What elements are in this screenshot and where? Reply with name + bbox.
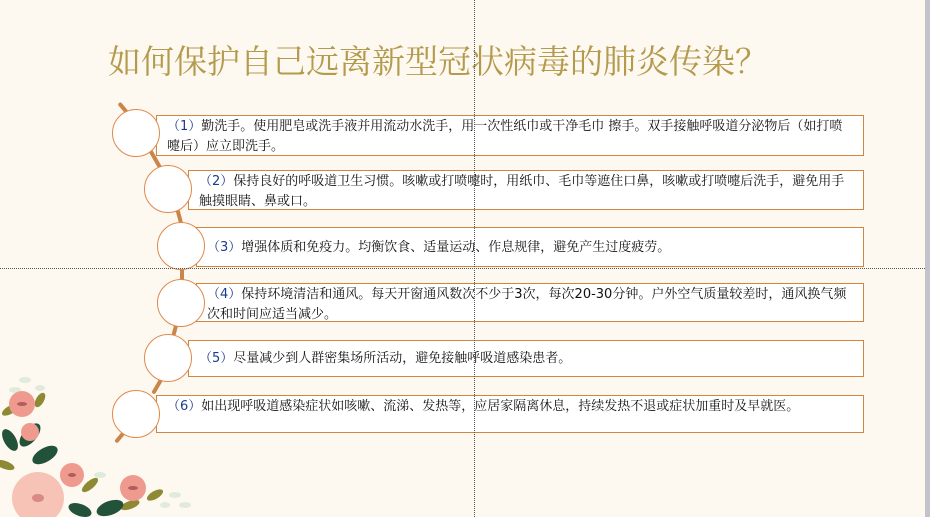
horizontal-guide-line bbox=[0, 268, 925, 269]
scrollbar[interactable] bbox=[925, 0, 930, 517]
item-text: 保持良好的呼吸道卫生习惯。咳嗽或打喷嚏时，用纸巾、毛巾等遮住口鼻，咳嗽或打喷嚏后… bbox=[199, 174, 844, 209]
vertical-guide-line bbox=[474, 0, 475, 517]
item-box-5[interactable]: （5）尽量减少到人群密集场所活动，避免接触呼吸道感染患者。 bbox=[188, 340, 864, 377]
bullet-circle bbox=[157, 279, 205, 327]
item-text: 增强体质和免疫力。均衡饮食、适量运动、作息规律，避免产生过度疲劳。 bbox=[241, 240, 670, 255]
item-box-3[interactable]: （3）增强体质和免疫力。均衡饮食、适量运动、作息规律，避免产生过度疲劳。 bbox=[196, 227, 864, 267]
item-number: （1） bbox=[167, 119, 201, 134]
item-box-1[interactable]: （1）勤洗手。使用肥皂或洗手液并用流动水洗手，用一次性纸巾或干净毛巾 擦手。双手… bbox=[156, 115, 864, 156]
bullet-circle bbox=[112, 109, 160, 157]
item-text: 如出现呼吸道感染症状如咳嗽、流涕、发热等，应居家隔离休息，持续发热不退或症状加重… bbox=[201, 399, 799, 414]
slide-canvas[interactable]: 如何保护自己远离新型冠状病毒的肺炎传染？ （1）勤洗手。使用肥皂或洗手液并用流动… bbox=[0, 0, 925, 517]
item-number: （2） bbox=[199, 174, 233, 189]
item-number: （3） bbox=[207, 240, 241, 255]
item-text: 尽量减少到人群密集场所活动，避免接触呼吸道感染患者。 bbox=[233, 351, 571, 366]
slide-title[interactable]: 如何保护自己远离新型冠状病毒的肺炎传染？ bbox=[108, 42, 768, 82]
bullet-circle bbox=[144, 165, 192, 213]
item-text: 勤洗手。使用肥皂或洗手液并用流动水洗手，用一次性纸巾或干净毛巾 擦手。双手接触呼… bbox=[167, 119, 842, 154]
item-box-2[interactable]: （2）保持良好的呼吸道卫生习惯。咳嗽或打喷嚏时，用纸巾、毛巾等遮住口鼻，咳嗽或打… bbox=[188, 170, 864, 210]
item-box-4[interactable]: （4）保持环境清洁和通风。每天开窗通风数次不少于3次，每次20-30分钟。户外空… bbox=[196, 283, 864, 322]
item-number: （5） bbox=[199, 351, 233, 366]
item-box-6[interactable]: （6）如出现呼吸道感染症状如咳嗽、流涕、发热等，应居家隔离休息，持续发热不退或症… bbox=[156, 395, 864, 433]
floral-decoration-icon bbox=[0, 360, 200, 517]
bullet-circle bbox=[157, 222, 205, 270]
item-text: 保持环境清洁和通风。每天开窗通风数次不少于3次，每次20-30分钟。户外空气质量… bbox=[207, 287, 846, 322]
item-number: （4） bbox=[207, 287, 241, 302]
